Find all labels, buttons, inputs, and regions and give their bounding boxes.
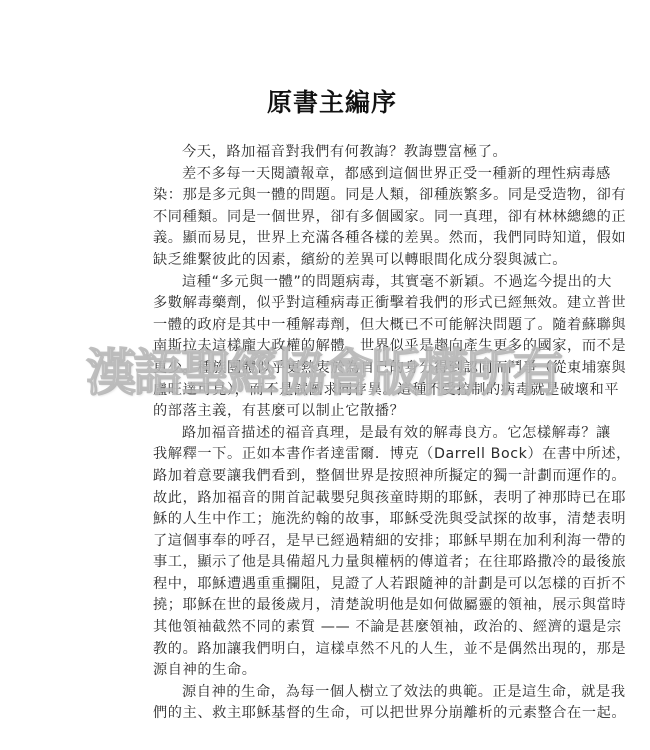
text-line: 缺乏維繫彼此的因素，繽紛的差異可以轉眼間化成分裂與滅亡。 xyxy=(153,250,513,272)
text-line: 們的主、救主耶穌基督的生命，可以把世界分崩離析的元素整合在一起。 xyxy=(153,703,513,725)
text-line: 這種“多元與一體”的問題病毒，其實毫不新穎。不過迄今提出的大 xyxy=(153,272,513,294)
paragraph: 今天，路加福音對我們有何教誨？教誨豐富極了。 xyxy=(153,142,513,164)
paragraph: 源自神的生命，為每一個人樹立了效法的典範。正是這生命，就是我 們的主、救主耶穌基… xyxy=(153,682,513,725)
text-line: 撓；耶穌在世的最後歲月，清楚說明他是如何做屬靈的領袖，展示與當時 xyxy=(153,595,513,617)
text-line: 事工，顯示了他是具備超凡力量與權柄的傳道者；在往耶路撒冷的最後旅 xyxy=(153,552,513,574)
text-line: 南斯拉夫這樣龐大政權的解體，世界似乎是趨向產生更多的國家，而不是 xyxy=(153,336,513,358)
paragraph: 路加福音描述的福音真理，是最有效的解毒良方。它怎樣解毒？讓 我解釋一下。正如本書… xyxy=(153,423,513,682)
watermark-char: 漢 xyxy=(86,337,133,409)
text-line: 今天，路加福音對我們有何教誨？教誨豐富極了。 xyxy=(153,142,513,164)
text-line: 路加着意要讓我們看到，整個世界是按照神所擬定的獨一計劃而運作的。 xyxy=(153,466,513,488)
text-line: 不同種類。同是一個世界，卻有多個國家。同一真理，卻有林林總總的正 xyxy=(153,207,513,229)
text-line: 穌的人生中作工；施洗約翰的故事，耶穌受洗與受試探的故事，清楚表明 xyxy=(153,509,513,531)
text-line: 我解釋一下。正如本書作者達雷爾．博克（Darrell Bock）在書中所述， xyxy=(153,444,513,466)
text-line: 程中，耶穌遭遇重重攔阻，見證了人若跟隨神的計劃是可以怎樣的百折不 xyxy=(153,574,513,596)
page-title: 原書主編序 xyxy=(0,83,650,119)
text-line: 更少。種族團體似乎更熱衷於為自己的身分得到認同而鬥爭（從東埔寨與 xyxy=(153,358,513,380)
text-line: 其他領袖截然不同的素質 —— 不論是甚麼領袖，政治的、經濟的還是宗 xyxy=(153,617,513,639)
text-line: 教的。路加讓我們明白，這樣卓然不凡的人生，並不是偶然出現的，那是 xyxy=(153,639,513,661)
text-line: 一體的政府是其中一種解毒劑，但大概已不可能解決問題了。隨着蘇聯與 xyxy=(153,315,513,337)
text-line: 義。顯而易見，世界上充滿各種各樣的差異。然而，我們同時知道，假如 xyxy=(153,228,513,250)
text-line: 多數解毒藥劑，似乎對這種病毒正衝擊着我們的形式已經無效。建立普世 xyxy=(153,293,513,315)
document-body: 今天，路加福音對我們有何教誨？教誨豐富極了。 差不多每一天閱讀報章，都感到這個世… xyxy=(153,142,513,725)
text-line: 盧旺達可見），而不是試圖求同存異。這種不受控制的病毒就是破壞和平 xyxy=(153,380,513,402)
text-line: 的部落主義，有甚麼可以制止它散播？ xyxy=(153,401,513,423)
paragraph: 差不多每一天閱讀報章，都感到這個世界正受一種新的理性病毒感 染：那是多元與一體的… xyxy=(153,164,513,272)
text-line: 源自神的生命。 xyxy=(153,660,513,682)
document-page: 原書主編序 今天，路加福音對我們有何教誨？教誨豐富極了。 差不多每一天閱讀報章，… xyxy=(0,0,650,750)
text-line: 染：那是多元與一體的問題。同是人類，卻種族繁多。同是受造物，卻有 xyxy=(153,185,513,207)
text-line: 了這個事奉的呼召，是早已經過精細的安排；耶穌早期在加利利海一帶的 xyxy=(153,531,513,553)
text-line: 差不多每一天閱讀報章，都感到這個世界正受一種新的理性病毒感 xyxy=(153,164,513,186)
text-line: 源自神的生命，為每一個人樹立了效法的典範。正是這生命，就是我 xyxy=(153,682,513,704)
text-line: 故此，路加福音的開首記載嬰兒與孩童時期的耶穌，表明了神那時已在耶 xyxy=(153,488,513,510)
paragraph: 這種“多元與一體”的問題病毒，其實毫不新穎。不過迄今提出的大 多數解毒藥劑，似乎… xyxy=(153,272,513,423)
text-line: 路加福音描述的福音真理，是最有效的解毒良方。它怎樣解毒？讓 xyxy=(153,423,513,445)
